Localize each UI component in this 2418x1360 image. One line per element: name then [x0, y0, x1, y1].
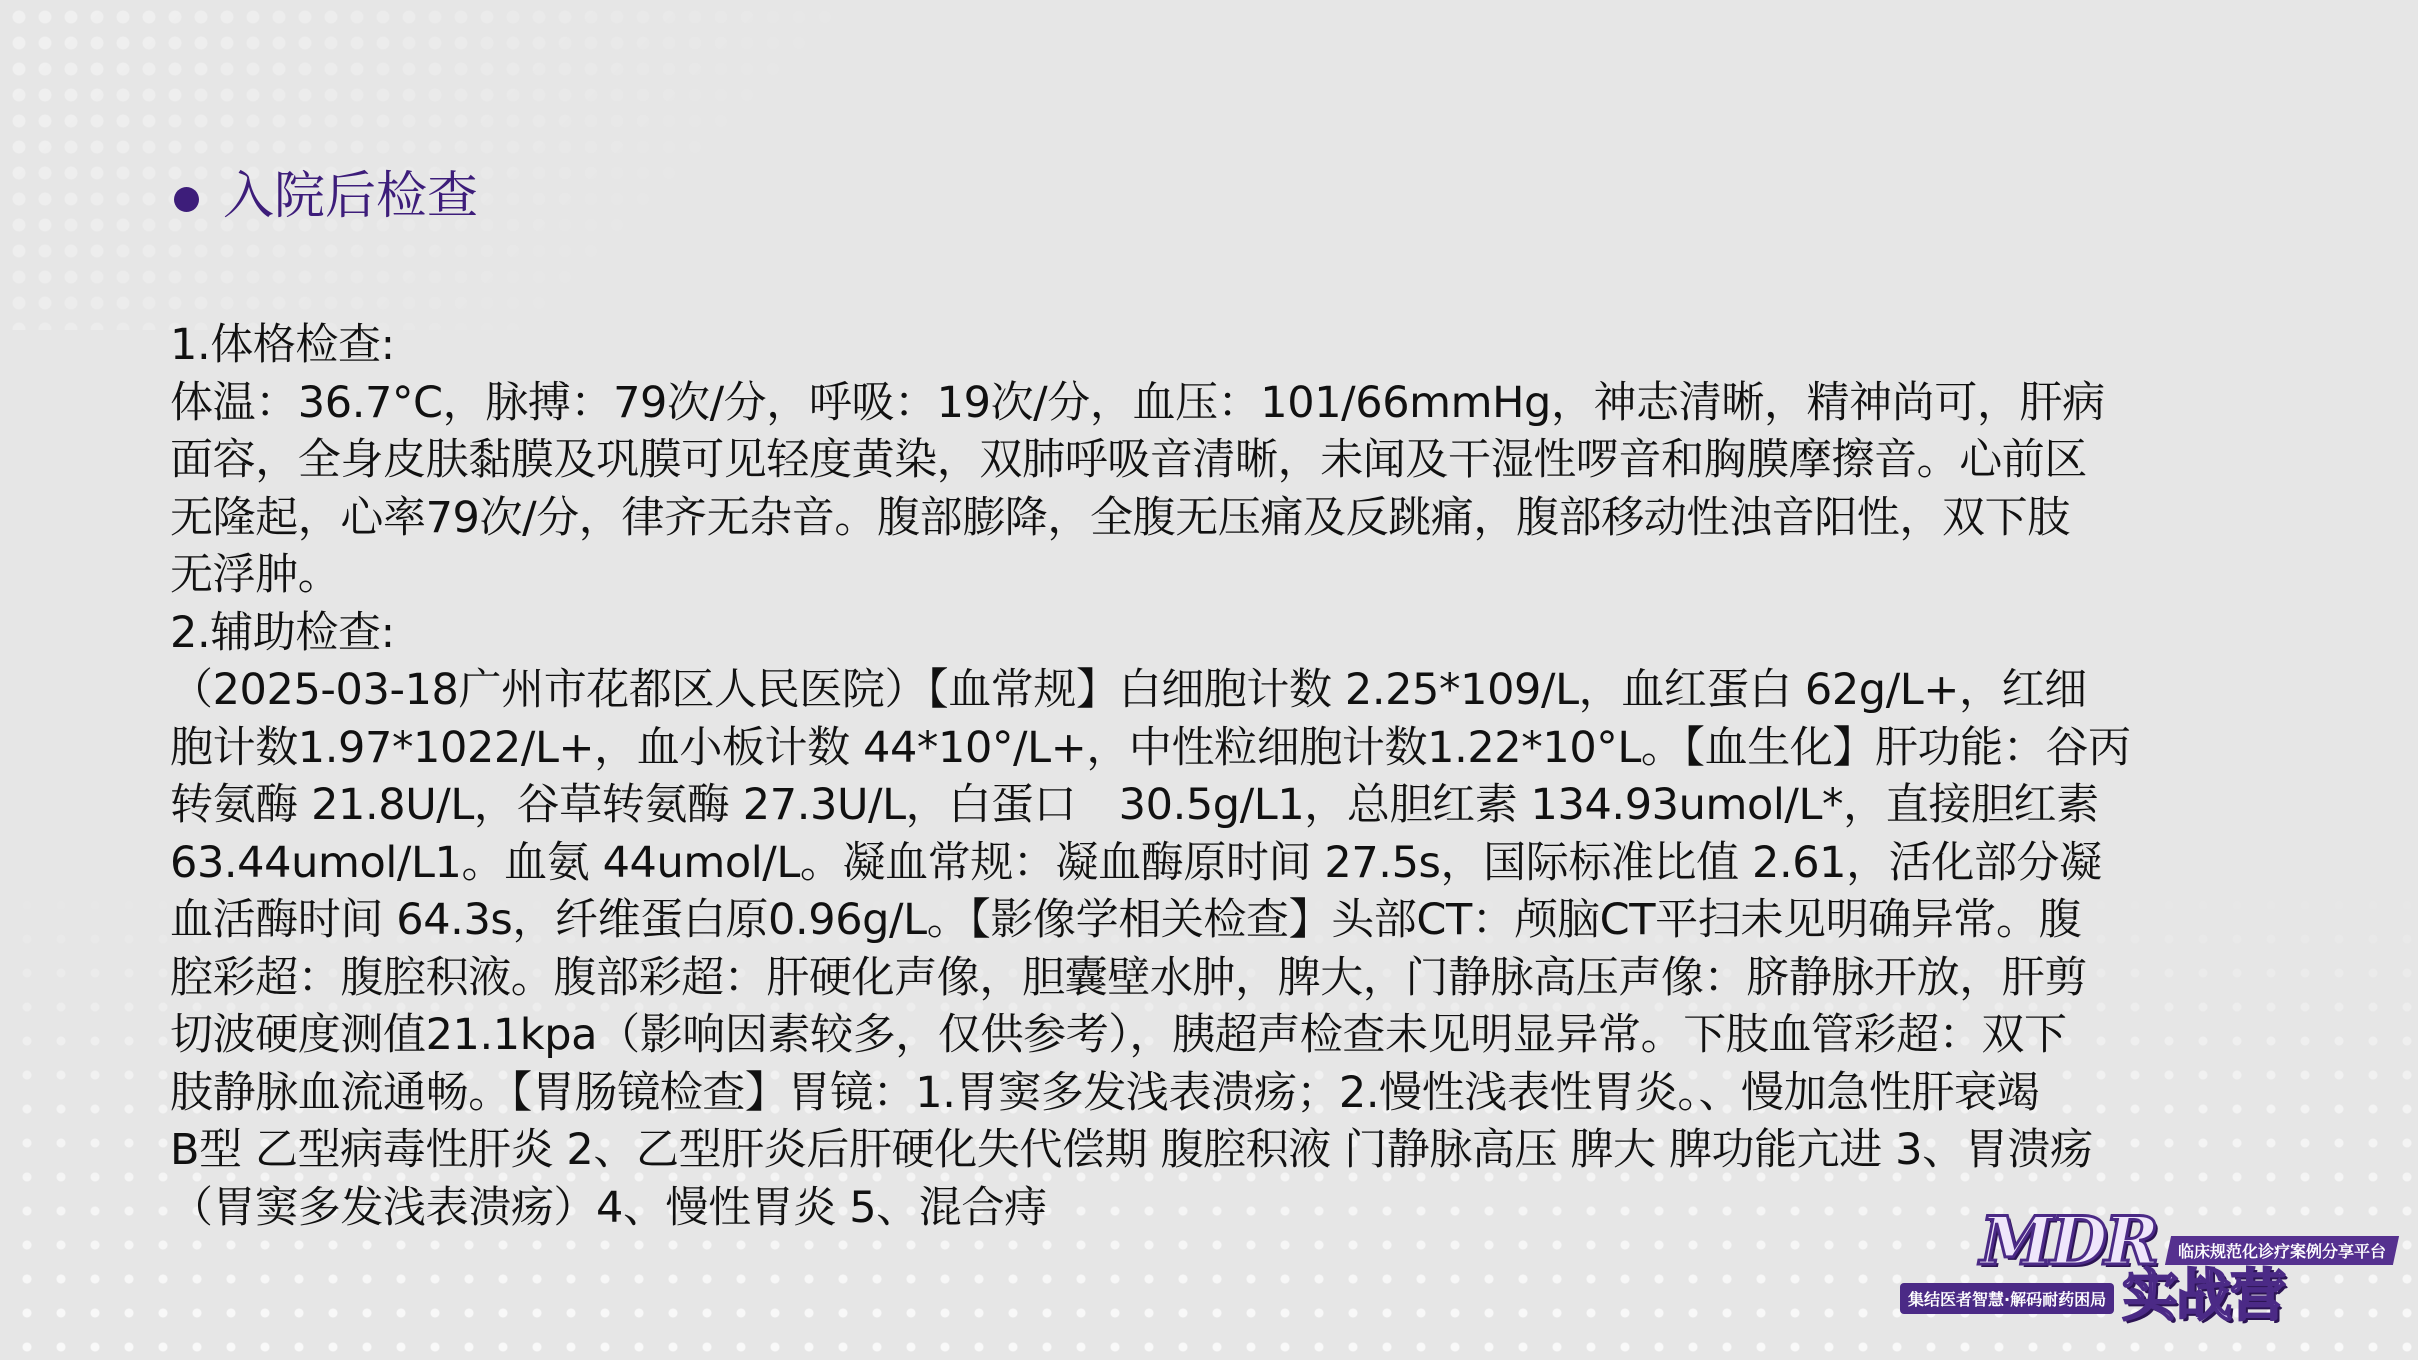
logo-camp: 实战营	[2122, 1266, 2284, 1326]
physical-exam-line: 无浮肿。	[170, 547, 2370, 605]
physical-exam-title: 1.体格检查:	[170, 317, 2370, 375]
auxiliary-exam-line: 切波硬度测值21.1kpa（影响因素较多，仅供参考），胰超声检查未见明显异常。下…	[170, 1007, 2370, 1065]
logo-subtitle-top-text: 临床规范化诊疗案例分享平台	[2178, 1239, 2386, 1262]
background-dot-pattern-top	[0, 0, 1000, 330]
bullet-icon	[174, 187, 199, 212]
auxiliary-exam-line: 63.44umol/L1。血氨 44umol/L。凝血常规：凝血酶原时间 27.…	[170, 835, 2370, 893]
exam-content: 1.体格检查: 体温：36.7°C，脉搏：79次/分，呼吸：19次/分，血压：1…	[170, 317, 2370, 1237]
auxiliary-exam-line: 胞计数1.97*1022/L+，血小板计数 44*10°/L+，中性粒细胞计数1…	[170, 720, 2370, 778]
mdr-logo: MDR 临床规范化诊疗案例分享平台 集结医者智慧·解码耐药困局 实战营	[1900, 1208, 2400, 1338]
section-heading-text: 入院后检查	[223, 162, 478, 232]
auxiliary-exam-line: （2025-03-18广州市花都区人民医院）【血常规】白细胞计数 2.25*10…	[170, 662, 2370, 720]
logo-subtitle-left: 集结医者智慧·解码耐药困局	[1900, 1283, 2114, 1314]
auxiliary-exam-line: 腔彩超：腹腔积液。腹部彩超：肝硬化声像，胆囊壁水肿，脾大，门静脉高压声像：脐静脉…	[170, 950, 2370, 1008]
auxiliary-exam-line: 肢静脉血流通畅。【胃肠镜检查】胃镜：1.胃窦多发浅表溃疡；2.慢性浅表性胃炎。、…	[170, 1065, 2370, 1123]
physical-exam-line: 面容，全身皮肤黏膜及巩膜可见轻度黄染，双肺呼吸音清晰，未闻及干湿性啰音和胸膜摩擦…	[170, 432, 2370, 490]
physical-exam-line: 体温：36.7°C，脉搏：79次/分，呼吸：19次/分，血压：101/66mmH…	[170, 375, 2370, 433]
auxiliary-exam-line: 血活酶时间 64.3s，纤维蛋白原0.96g/L。【影像学相关检查】头部CT：颅…	[170, 892, 2370, 950]
physical-exam-line: 无隆起，心率79次/分，律齐无杂音。腹部膨降，全腹无压痛及反跳痛，腹部移动性浊音…	[170, 490, 2370, 548]
auxiliary-exam-title: 2.辅助检查:	[170, 605, 2370, 663]
section-heading: 入院后检查	[174, 162, 478, 232]
logo-subtitle-top: 临床规范化诊疗案例分享平台	[2165, 1236, 2399, 1265]
auxiliary-exam-line: B型 乙型病毒性肝炎 2、乙型肝炎后肝硬化失代偿期 腹腔积液 门静脉高压 脾大 …	[170, 1122, 2370, 1180]
auxiliary-exam-line: 转氨酶 21.8U/L，谷草转氨酶 27.3U/L，白蛋口 30.5g/L1，总…	[170, 777, 2370, 835]
